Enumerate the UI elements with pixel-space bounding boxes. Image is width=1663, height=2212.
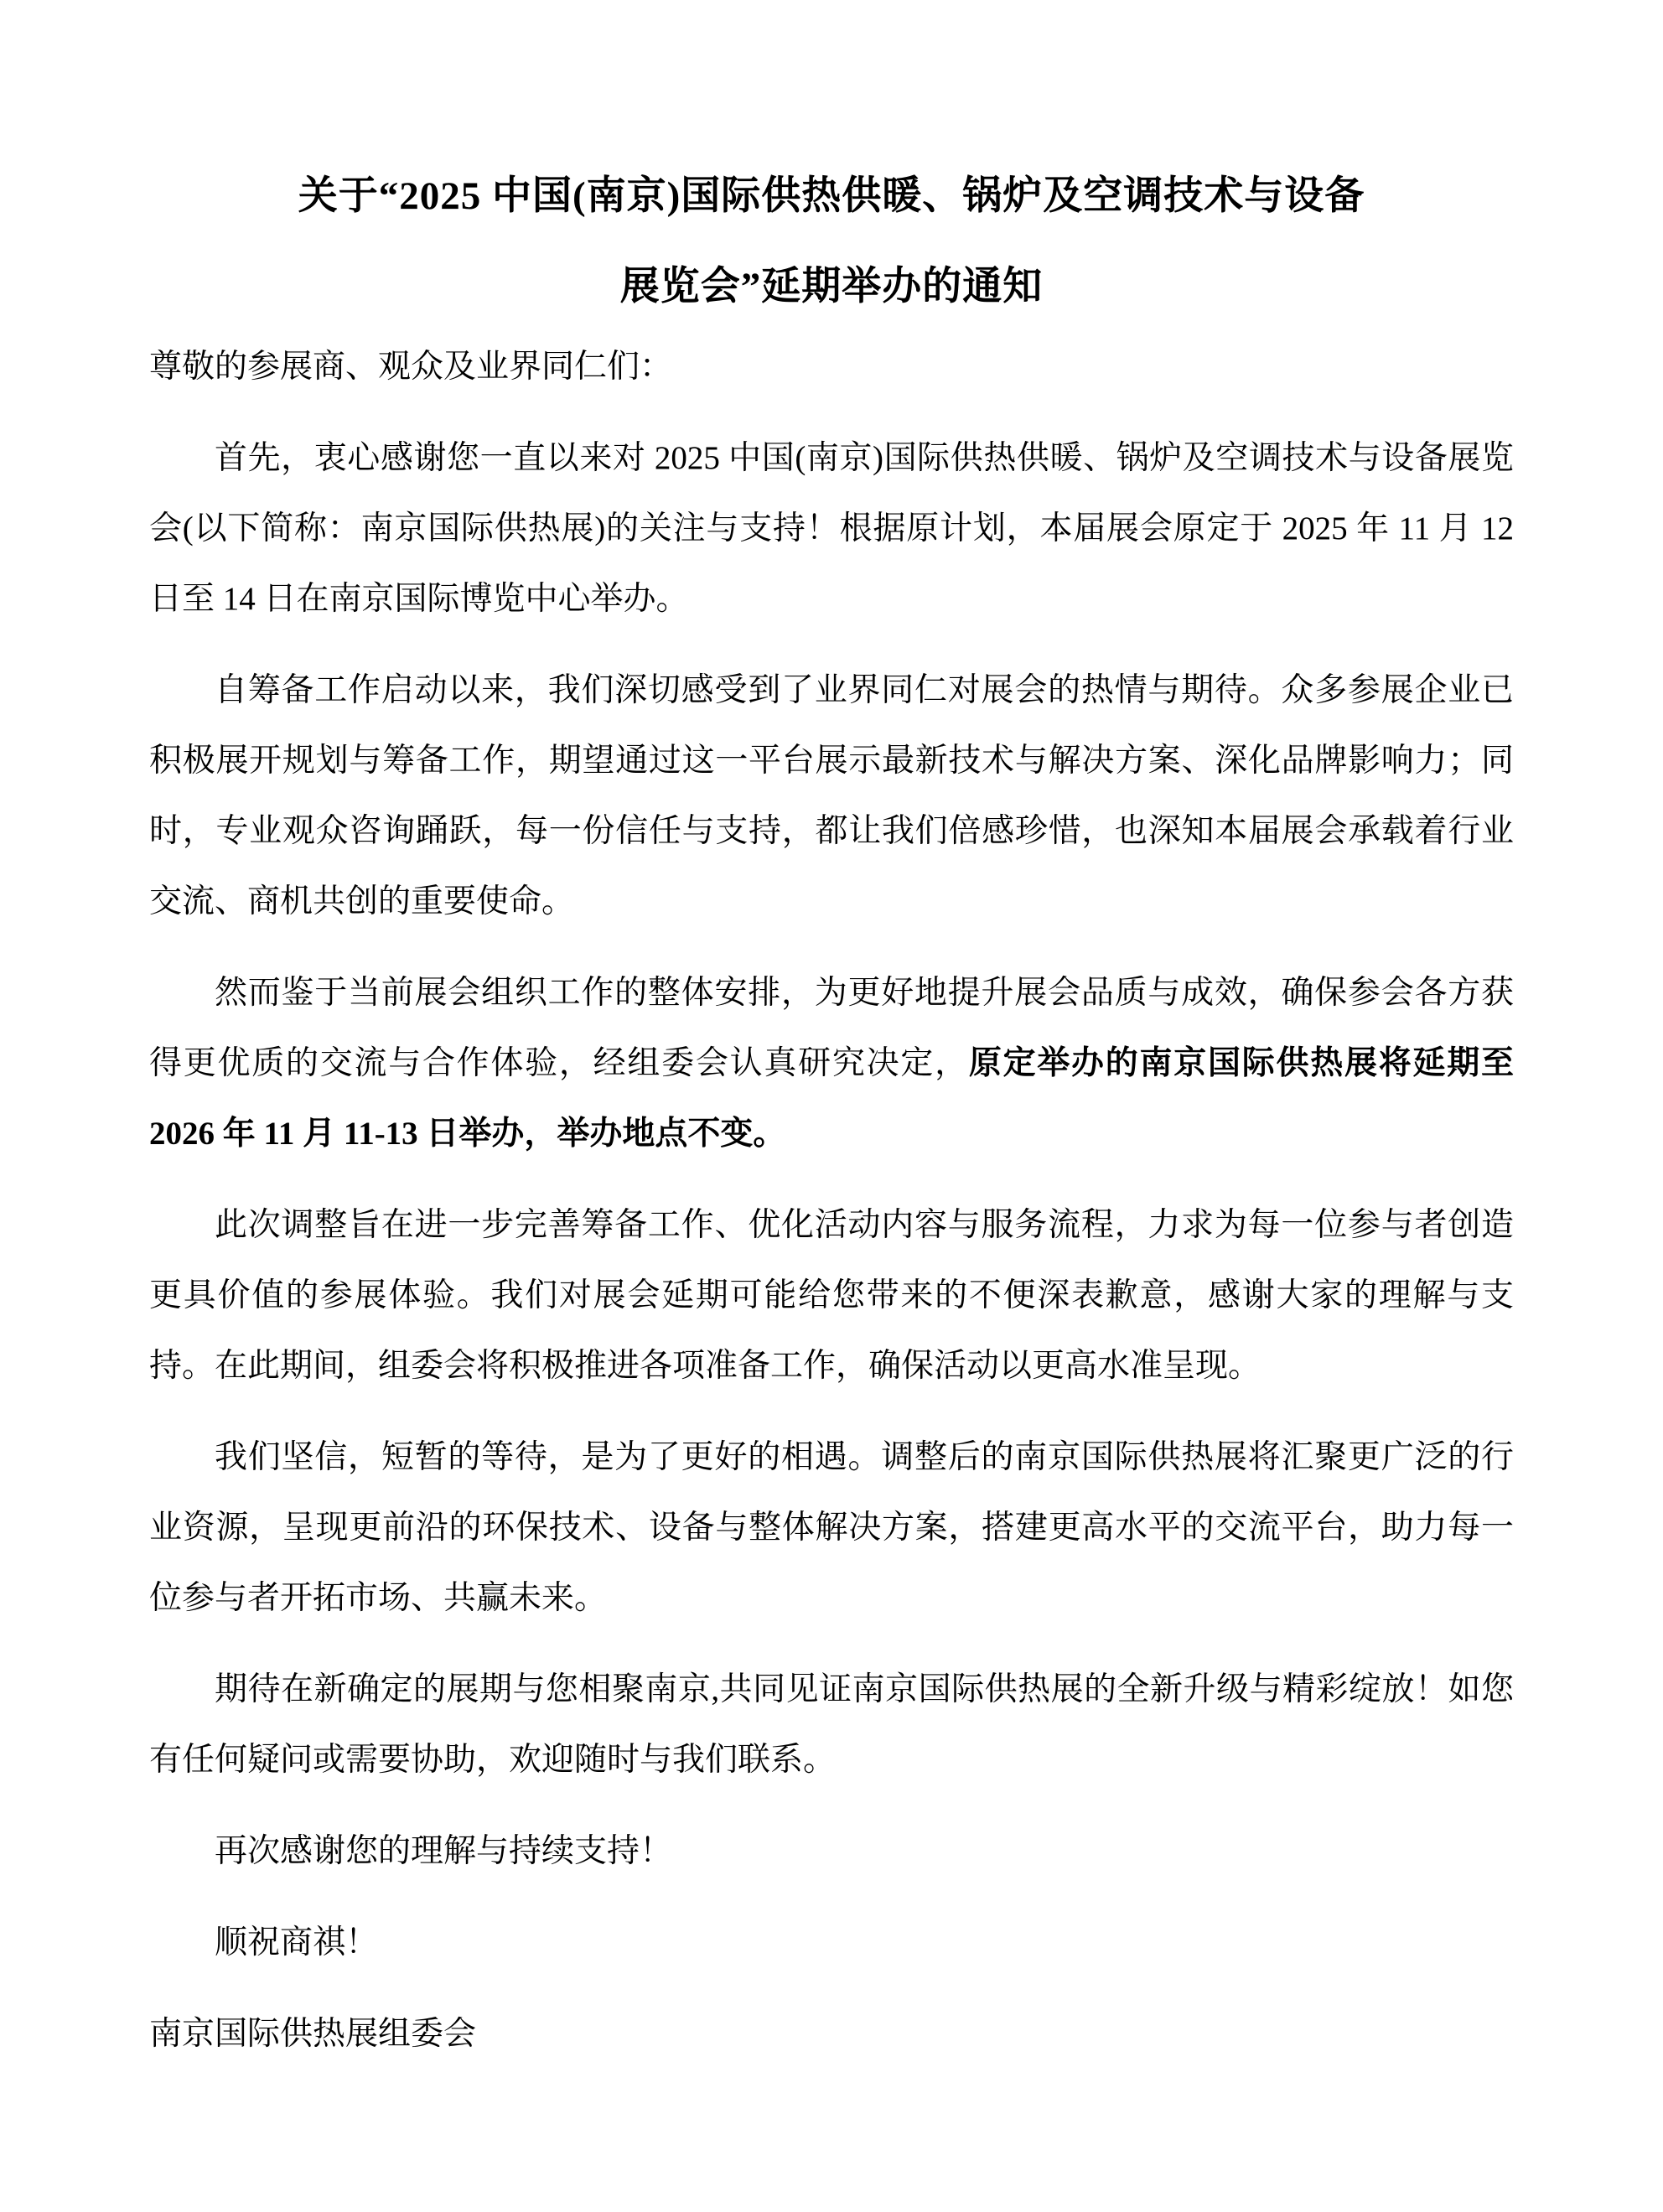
document-body: 尊敬的参展商、观众及业界同仁们： 首先，衷心感谢您一直以来对 2025 中国(南… (149, 332, 1514, 2070)
paragraph-preparation: 自筹备工作启动以来，我们深切感受到了业界同仁对展会的热情与期待。众多参展企业已积… (149, 655, 1514, 937)
paragraph-decision: 然而鉴于当前展会组织工作的整体安排，为更好地提升展会品质与成效，确保参会各方获得… (149, 958, 1514, 1169)
paragraph-thanks-intro: 首先，衷心感谢您一直以来对 2025 中国(南京)国际供热供暖、锅炉及空调技术与… (149, 423, 1514, 635)
signature-committee: 南京国际供热展组委会 (149, 1999, 1514, 2070)
document-title: 关于“2025 中国(南京)国际供热供暖、锅炉及空调技术与设备 展览会”延期举办… (149, 151, 1514, 332)
paragraph-adjustment: 此次调整旨在进一步完善筹备工作、优化活动内容与服务流程，力求为每一位参与者创造更… (149, 1190, 1514, 1401)
closing-regards: 顺祝商祺！ (149, 1908, 1514, 1978)
notice-document-page: 关于“2025 中国(南京)国际供热供暖、锅炉及空调技术与设备 展览会”延期举办… (0, 0, 1663, 2212)
paragraph-expectation: 期待在新确定的展期与您相聚南京,共同见证南京国际供热展的全新升级与精彩绽放！如您… (149, 1655, 1514, 1795)
salutation: 尊敬的参展商、观众及业界同仁们： (149, 332, 1514, 402)
paragraph-belief: 我们坚信，短暂的等待，是为了更好的相遇。调整后的南京国际供热展将汇聚更广泛的行业… (149, 1422, 1514, 1634)
document-title-line1: 关于“2025 中国(南京)国际供热供暖、锅炉及空调技术与设备 (149, 151, 1514, 241)
document-title-line2: 展览会”延期举办的通知 (149, 241, 1514, 332)
closing-thanks: 再次感谢您的理解与持续支持！ (149, 1816, 1514, 1887)
